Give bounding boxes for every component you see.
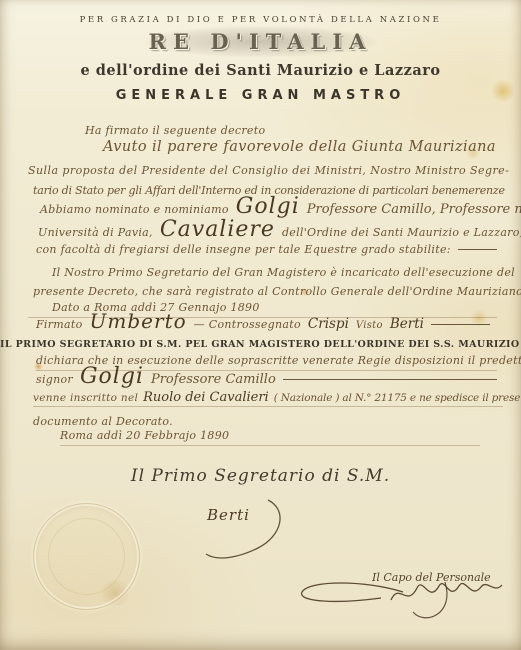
- blank-filler-rule: [283, 379, 497, 380]
- decree-text: Il Nostro Primo Segretario del Gran Magi…: [52, 266, 515, 279]
- registration-line-2: signor Golgi Professore Camillo: [36, 366, 497, 388]
- decree-text: Avuto il parere favorevole della Giunta …: [103, 139, 496, 155]
- header-order-line: e dell'ordine dei Santi Maurizio e Lazza…: [0, 60, 521, 79]
- decree-line-8: Il Nostro Primo Segretario del Gran Magi…: [52, 261, 515, 280]
- decree-text: Visto: [356, 320, 383, 331]
- knight-title: Cavaliere: [160, 219, 275, 241]
- decree-line-7: con facoltà di fregiarsi delle insegne p…: [36, 243, 497, 256]
- recipient-surname: Golgi: [236, 196, 300, 218]
- recipient-surname: Golgi: [80, 366, 144, 388]
- royal-signature-line: Firmato Umberto — Controssegnato Crispi …: [36, 311, 490, 332]
- decree-text: Abbiamo nominato e nominiamo: [40, 203, 229, 216]
- decree-document-page: PER GRAZIA DI DIO E PER VOLONTÀ DELLA NA…: [0, 0, 521, 650]
- signature-flourish-icon: [200, 498, 300, 573]
- registration-text: Professore Camillo: [151, 372, 276, 387]
- embossed-seal-icon: [33, 503, 140, 610]
- registration-line-3: venne inscritto nel Ruolo dei Cavalieri …: [33, 391, 503, 407]
- registration-number-text: ( Nazionale ) al N.° 21175 e ne spedisce…: [274, 392, 521, 404]
- decree-text: Università di Pavia,: [38, 226, 153, 239]
- decree-line-6: Università di Pavia, Cavaliere dell'Ordi…: [38, 219, 521, 241]
- king-signature: Umberto: [90, 311, 187, 331]
- title-ornament-band: RE D'ITALIA: [121, 24, 401, 59]
- chief-signature-icon: [295, 574, 510, 629]
- header-title-line: RE D'ITALIA: [0, 24, 521, 59]
- decree-text: dell'Ordine dei Santi Maurizio e Lazzaro…: [282, 226, 521, 239]
- document-title: RE D'ITALIA: [149, 29, 373, 54]
- grand-master-title: GENERALE GRAN MASTRO: [116, 88, 406, 103]
- header-rank-line: GENERALE GRAN MASTRO: [0, 84, 521, 103]
- roll-of-knights-label: Ruolo dei Cavalieri: [143, 391, 269, 404]
- decree-text: con facoltà di fregiarsi delle insegne p…: [36, 243, 451, 256]
- secretary-countersign: Berti: [390, 318, 424, 332]
- blank-filler-rule: [431, 324, 490, 325]
- decree-line-3: Sulla proposta del Presidente del Consig…: [28, 159, 509, 178]
- decree-line-2: Avuto il parere favorevole della Giunta …: [103, 136, 496, 155]
- secretary-title-line: Il Primo Segretario di S.M.: [0, 466, 521, 486]
- order-name: e dell'ordine dei Santi Maurizio e Lazza…: [80, 62, 440, 79]
- registration-date: Roma addì 20 Febbrajo 1890: [60, 429, 229, 442]
- decree-line-5: Abbiamo nominato e nominiamo Golgi Profe…: [40, 196, 521, 218]
- registration-date-line: Roma addì 20 Febbrajo 1890: [60, 424, 480, 446]
- decree-text: Firmato: [36, 318, 83, 331]
- registration-text: venne inscritto nel: [33, 392, 138, 404]
- decree-text: Professore Camillo, Professore nella: [307, 202, 521, 217]
- secretary-title: Il Primo Segretario di S.M.: [131, 466, 390, 486]
- registration-text: signor: [36, 373, 73, 386]
- embossed-seal-inner-ring: [48, 518, 125, 595]
- decree-text: — Controssegnato: [194, 318, 301, 331]
- decree-text: Sulla proposta del Presidente del Consig…: [28, 164, 509, 177]
- minister-signature: Crispi: [308, 318, 349, 332]
- blank-filler-rule: [458, 249, 497, 250]
